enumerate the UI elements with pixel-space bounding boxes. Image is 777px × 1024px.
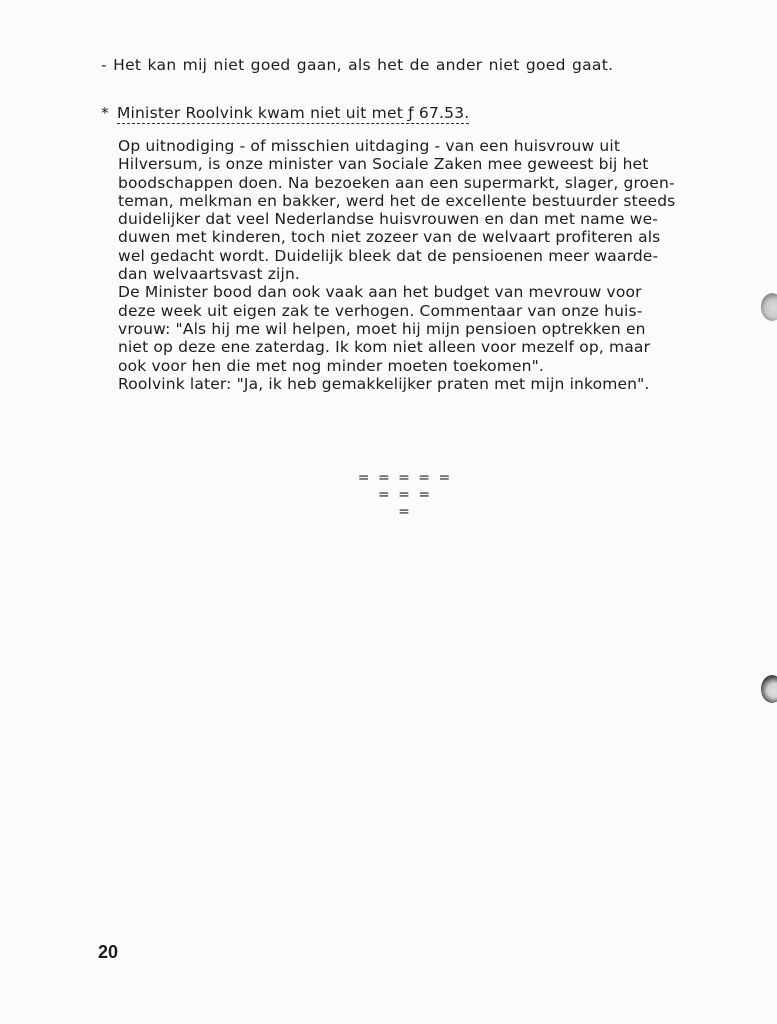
- body-line: niet op deze ene zaterdag. Ik kom niet a…: [118, 338, 728, 356]
- body-line: duwen met kinderen, toch niet zozeer van…: [118, 228, 728, 246]
- section-title: Minister Roolvink kwam niet uit met ƒ 67…: [117, 104, 469, 124]
- separator-row: = = =: [340, 487, 470, 504]
- body-line: teman, melkman en bakker, werd het de ex…: [118, 192, 728, 210]
- punch-hole-icon: [761, 675, 777, 703]
- body-line: dan welvaartsvast zijn.: [118, 265, 728, 283]
- body-line: vrouw: "Als hij me wil helpen, moet hij …: [118, 320, 728, 338]
- document-page: - Het kan mij niet goed gaan, als het de…: [0, 0, 777, 1024]
- body-line: Roolvink later: "Ja, ik heb gemakkelijke…: [118, 375, 728, 393]
- article-body: Op uitnodiging - of misschien uitdaging …: [118, 137, 728, 393]
- bullet-asterisk: *: [101, 104, 109, 122]
- separator-row: = = = = =: [340, 470, 470, 487]
- body-line: Hilversum, is onze minister van Sociale …: [118, 155, 728, 173]
- body-line: ook voor hen die met nog minder moeten t…: [118, 357, 728, 375]
- punch-hole-icon: [761, 293, 777, 321]
- body-line: boodschappen doen. Na bezoeken aan een s…: [118, 174, 728, 192]
- section-heading: *Minister Roolvink kwam niet uit met ƒ 6…: [101, 104, 469, 122]
- section-separator: = = = = = = = = =: [340, 470, 470, 521]
- body-line: wel gedacht wordt. Duidelijk bleek dat d…: [118, 247, 728, 265]
- body-line: deze week uit eigen zak te verhogen. Com…: [118, 302, 728, 320]
- intro-line: - Het kan mij niet goed gaan, als het de…: [101, 56, 613, 74]
- body-line: De Minister bood dan ook vaak aan het bu…: [118, 283, 728, 301]
- body-line: Op uitnodiging - of misschien uitdaging …: [118, 137, 728, 155]
- page-number: 20: [98, 942, 118, 963]
- body-line: duidelijker dat veel Nederlandse huisvro…: [118, 210, 728, 228]
- separator-row: =: [340, 504, 470, 521]
